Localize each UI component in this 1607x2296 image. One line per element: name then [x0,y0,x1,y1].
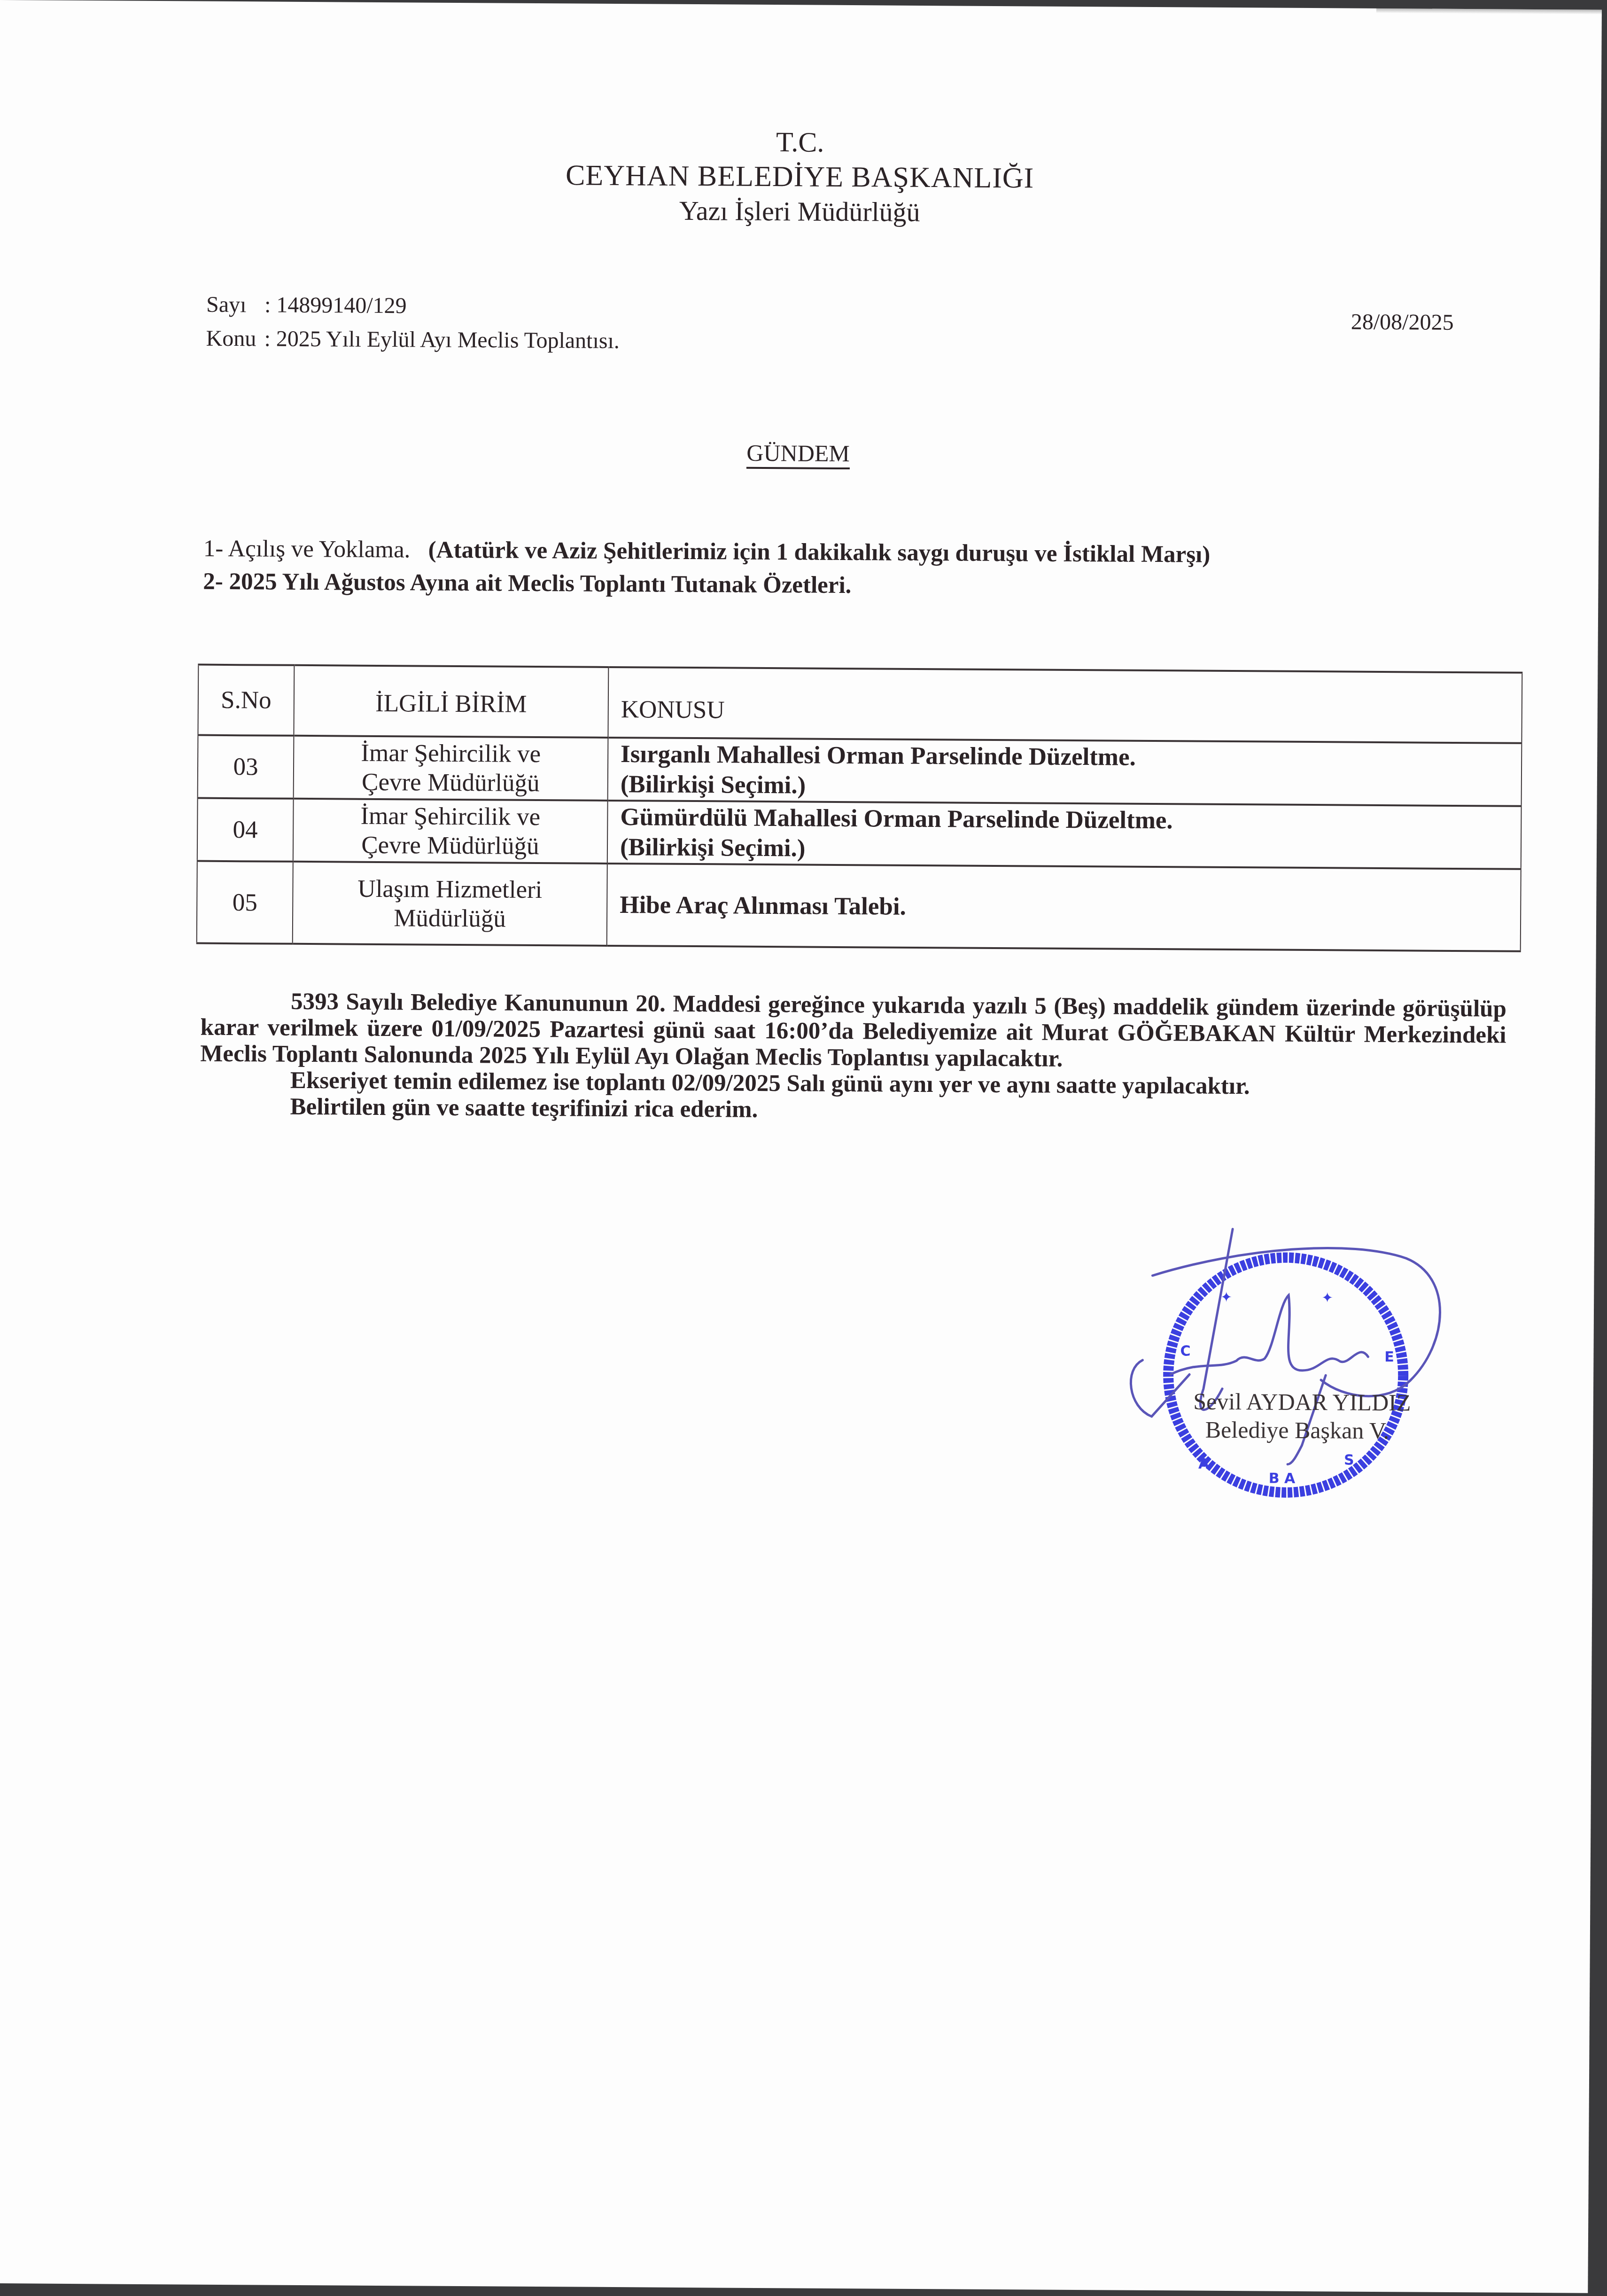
row-topic: Hibe Araç Alınması Talebi. [607,864,1521,951]
row-unit: İmar Şehircilik ve Çevre Müdürlüğü [293,799,608,864]
official-stamp-icon: ✦ ✦ C E A B A S [1123,1219,1463,1512]
svg-text:✦: ✦ [1321,1290,1333,1306]
agenda-title: GÜNDEM [0,435,1599,472]
agenda-table: S.No İLGİLİ BİRİM KONUSU 03 İmar Şehirci… [196,664,1523,952]
table-row: 03 İmar Şehircilik ve Çevre Müdürlüğü Is… [198,735,1522,806]
agenda-item: 1- Açılış ve Yoklama. (Atatürk ve Aziz Ş… [203,532,1211,571]
svg-text:A: A [1198,1456,1210,1472]
svg-text:S: S [1344,1452,1354,1469]
column-header-unit: İLGİLİ BİRİM [294,665,608,738]
row-topic: Isırganlı Mahallesi Orman Parselinde Düz… [608,738,1522,806]
row-sno: 04 [197,798,294,862]
agenda-item-label: 2- 2025 Yılı Ağustos Ayına ait Meclis To… [203,568,851,599]
document-header: T.C. CEYHAN BELEDİYE BAŞKANLIĞI Yazı İşl… [0,120,1601,234]
subject-label: Konu [206,322,258,356]
signatory-name: Sevil AYDAR YILDIZ [1133,1387,1471,1417]
agenda-item: 2- 2025 Yılı Ağustos Ayına ait Meclis To… [203,565,1210,604]
table-row: 05 Ulaşım Hizmetleri Müdürlüğü Hibe Araç… [197,861,1521,951]
row-sno: 03 [198,735,294,799]
svg-text:E: E [1384,1349,1394,1365]
reference-number-line: Sayı : 14899140/129 [206,288,620,324]
agenda-item-detail: (Atatürk ve Aziz Şehitlerimiz için 1 dak… [428,537,1211,568]
document-date: 28/08/2025 [1351,309,1454,335]
row-unit: Ulaşım Hizmetleri Müdürlüğü [293,862,607,946]
reference-number-label: Sayı [206,288,259,322]
body-text: 5393 Sayılı Belediye Kanununun 20. Madde… [200,988,1506,1128]
body-paragraph-meeting: 5393 Sayılı Belediye Kanununun 20. Madde… [200,988,1506,1075]
signature-block: ✦ ✦ C E A B A S Sevil AYDAR YILDIZ Beled… [1123,1219,1463,1512]
document-meta: Sayı : 14899140/129 Konu : 2025 Yılı Eyl… [206,288,620,358]
subject-value: : 2025 Yılı Eylül Ayı Meclis Toplantısı. [264,326,620,353]
agenda-item-label: 1- Açılış ve Yoklama. [203,536,411,563]
column-header-topic: KONUSU [608,667,1522,743]
svg-text:C: C [1180,1343,1190,1359]
signatory-title: Belediye Başkan V. [1128,1416,1466,1445]
row-unit: İmar Şehircilik ve Çevre Müdürlüğü [294,736,608,801]
subject-line: Konu : 2025 Yılı Eylül Ayı Meclis Toplan… [206,322,620,358]
svg-text:B A: B A [1269,1471,1296,1487]
agenda-list: 1- Açılış ve Yoklama. (Atatürk ve Aziz Ş… [203,532,1210,604]
column-header-sno: S.No [198,665,294,736]
page-shadow-edge [1376,8,1602,15]
reference-number-value: : 14899140/129 [264,292,407,318]
table-header-row: S.No İLGİLİ BİRİM KONUSU [198,665,1522,743]
row-topic: Gümürdülü Mahallesi Orman Parselinde Düz… [607,801,1522,869]
document-page: T.C. CEYHAN BELEDİYE BAŞKANLIĞI Yazı İşl… [0,0,1602,2293]
row-sno: 05 [197,861,293,944]
table-row: 04 İmar Şehircilik ve Çevre Müdürlüğü Gü… [197,798,1522,869]
